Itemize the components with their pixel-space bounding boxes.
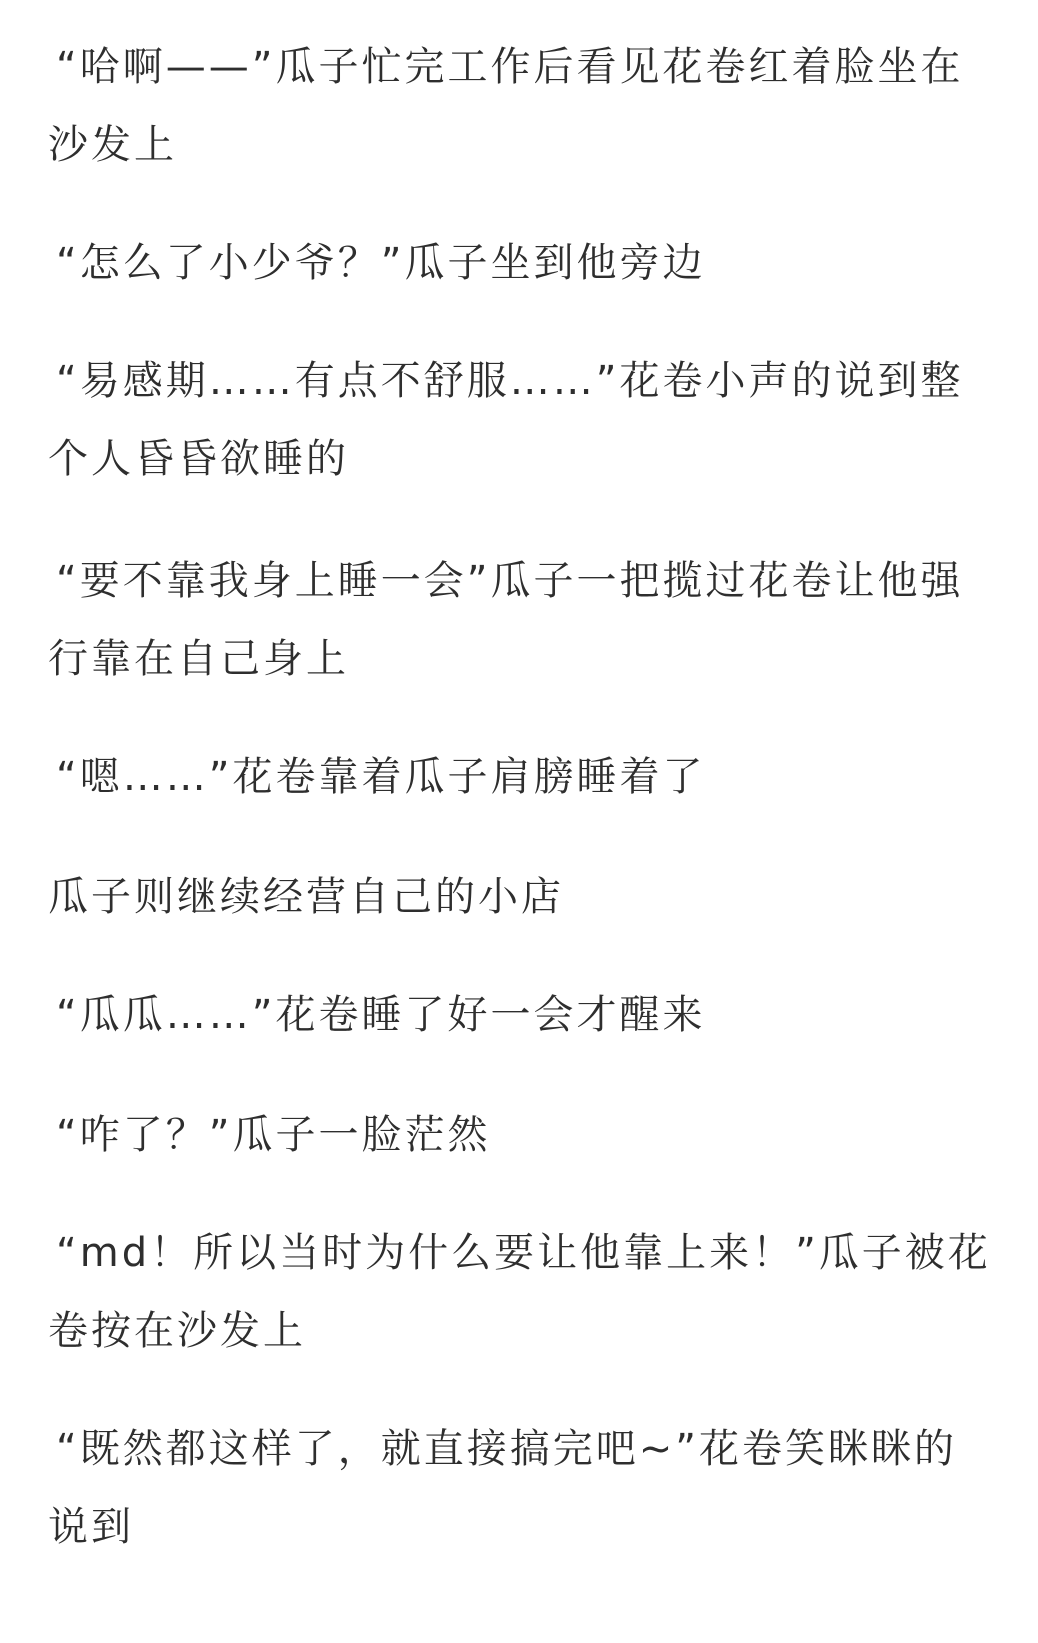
paragraph: “嗯……”花卷靠着瓜子肩膀睡着了 [48, 738, 998, 816]
paragraph: “易感期……有点不舒服……”花卷小声的说到整个人昏昏欲睡的 [48, 342, 998, 498]
paragraph: “怎么了小少爷？”瓜子坐到他旁边 [48, 224, 998, 302]
paragraph: “哈啊——”瓜子忙完工作后看见花卷红着脸坐在沙发上 [48, 28, 998, 184]
paragraph: “既然都这样了，就直接搞完吧~”花卷笑眯眯的说到 [48, 1410, 998, 1566]
paragraph: 瓜子则继续经营自己的小店 [48, 858, 998, 936]
paragraph: “咋了？”瓜子一脸茫然 [48, 1096, 998, 1174]
paragraph: “瓜瓜……”花卷睡了好一会才醒来 [48, 976, 998, 1054]
paragraph: “要不靠我身上睡一会”瓜子一把揽过花卷让他强行靠在自己身上 [48, 542, 998, 698]
paragraph: “md！所以当时为什么要让他靠上来！”瓜子被花卷按在沙发上 [48, 1214, 998, 1370]
document-page: “哈啊——”瓜子忙完工作后看见花卷红着脸坐在沙发上 “怎么了小少爷？”瓜子坐到他… [0, 0, 1038, 1643]
